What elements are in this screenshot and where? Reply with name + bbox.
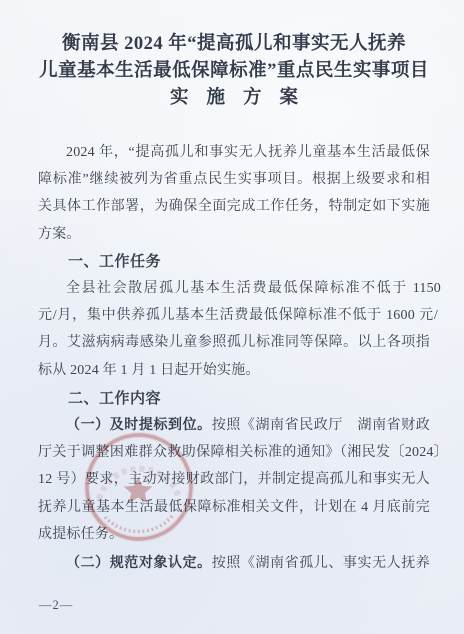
document-title: 衡南县 2024 年“提高孤儿和事实无人抚养 儿童基本生活最低保障标准”重点民生… [38,31,430,112]
title-line-2: 儿童基本生活最低保障标准”重点民生实事项目 [38,58,430,85]
text-line: 12 号）要求，主动对接财政部门，并制定提高孤儿和事实无人 [38,466,430,493]
section-heading-1: 一、工作任务 [38,248,430,275]
item-lead-bold: （一）及时提标到位。 [66,418,212,433]
text-line: 方案。 [38,221,430,248]
text-line: 全县社会散居孤儿基本生活费最低保障标准不低于 1150 [38,275,441,302]
text-line: 关具体工作部署，为确保全面完成工作任务，特制定如下实施 [38,193,430,220]
page-number: —2— [39,598,73,613]
text-line: 成提标任务。 [38,521,430,548]
paragraph-intro: 2024 年，“提高孤儿和事实无人抚养儿童基本生活最低保 障标准”继续被列为省重… [38,139,430,248]
text-line: 月。艾滋病病毒感染儿童参照孤儿标准同等保障。以上各项指 [38,329,430,356]
paragraph-item-2: （二）规范对象认定。按照《湖南省孤儿、事实无人抚养 [38,550,430,577]
text-run: 按照《湖南省孤儿、事实无人抚养 [212,556,430,571]
text-line: 抚养儿童基本生活最低保障标准相关文件，计划在 4 月底前完 [38,494,430,521]
title-line-3: 实施方案 [38,85,430,112]
scanned-document-page: 衡南县 2024 年“提高孤儿和事实无人抚养 儿童基本生活最低保障标准”重点民生… [0,0,464,634]
text-line: （二）规范对象认定。按照《湖南省孤儿、事实无人抚养 [38,550,430,577]
text-line: 障标准”继续被列为省重点民生实事项目。根据上级要求和相 [38,166,430,193]
text-line: 标从 2024 年 1 月 1 日起开始实施。 [38,357,430,384]
document-body: 衡南县 2024 年“提高孤儿和事实无人抚养 儿童基本生活最低保障标准”重点民生… [38,0,430,577]
text-line: 2024 年，“提高孤儿和事实无人抚养儿童基本生活最低保 [38,139,430,166]
paragraph-item-1: （一）及时提标到位。按照《湖南省民政厅 湖南省财政 厅关于调整困难群众救助保障相… [38,412,430,548]
text-line: 厅关于调整困难群众救助保障相关标准的通知》（湘民发〔2024〕 [38,439,448,466]
text-run: 按照《湖南省民政厅 湖南省财政 [212,418,430,433]
section-heading-2: 二、工作内容 [38,385,430,412]
item-lead-bold: （二）规范对象认定。 [66,556,212,571]
title-line-1: 衡南县 2024 年“提高孤儿和事实无人抚养 [38,31,430,58]
text-line: （一）及时提标到位。按照《湖南省民政厅 湖南省财政 [38,412,430,439]
text-line: 元/月，集中供养孤儿基本生活费最低保障标准不低于 1600 元/ [38,302,438,329]
paragraph-work-tasks: 全县社会散居孤儿基本生活费最低保障标准不低于 1150 元/月，集中供养孤儿基本… [38,275,430,384]
